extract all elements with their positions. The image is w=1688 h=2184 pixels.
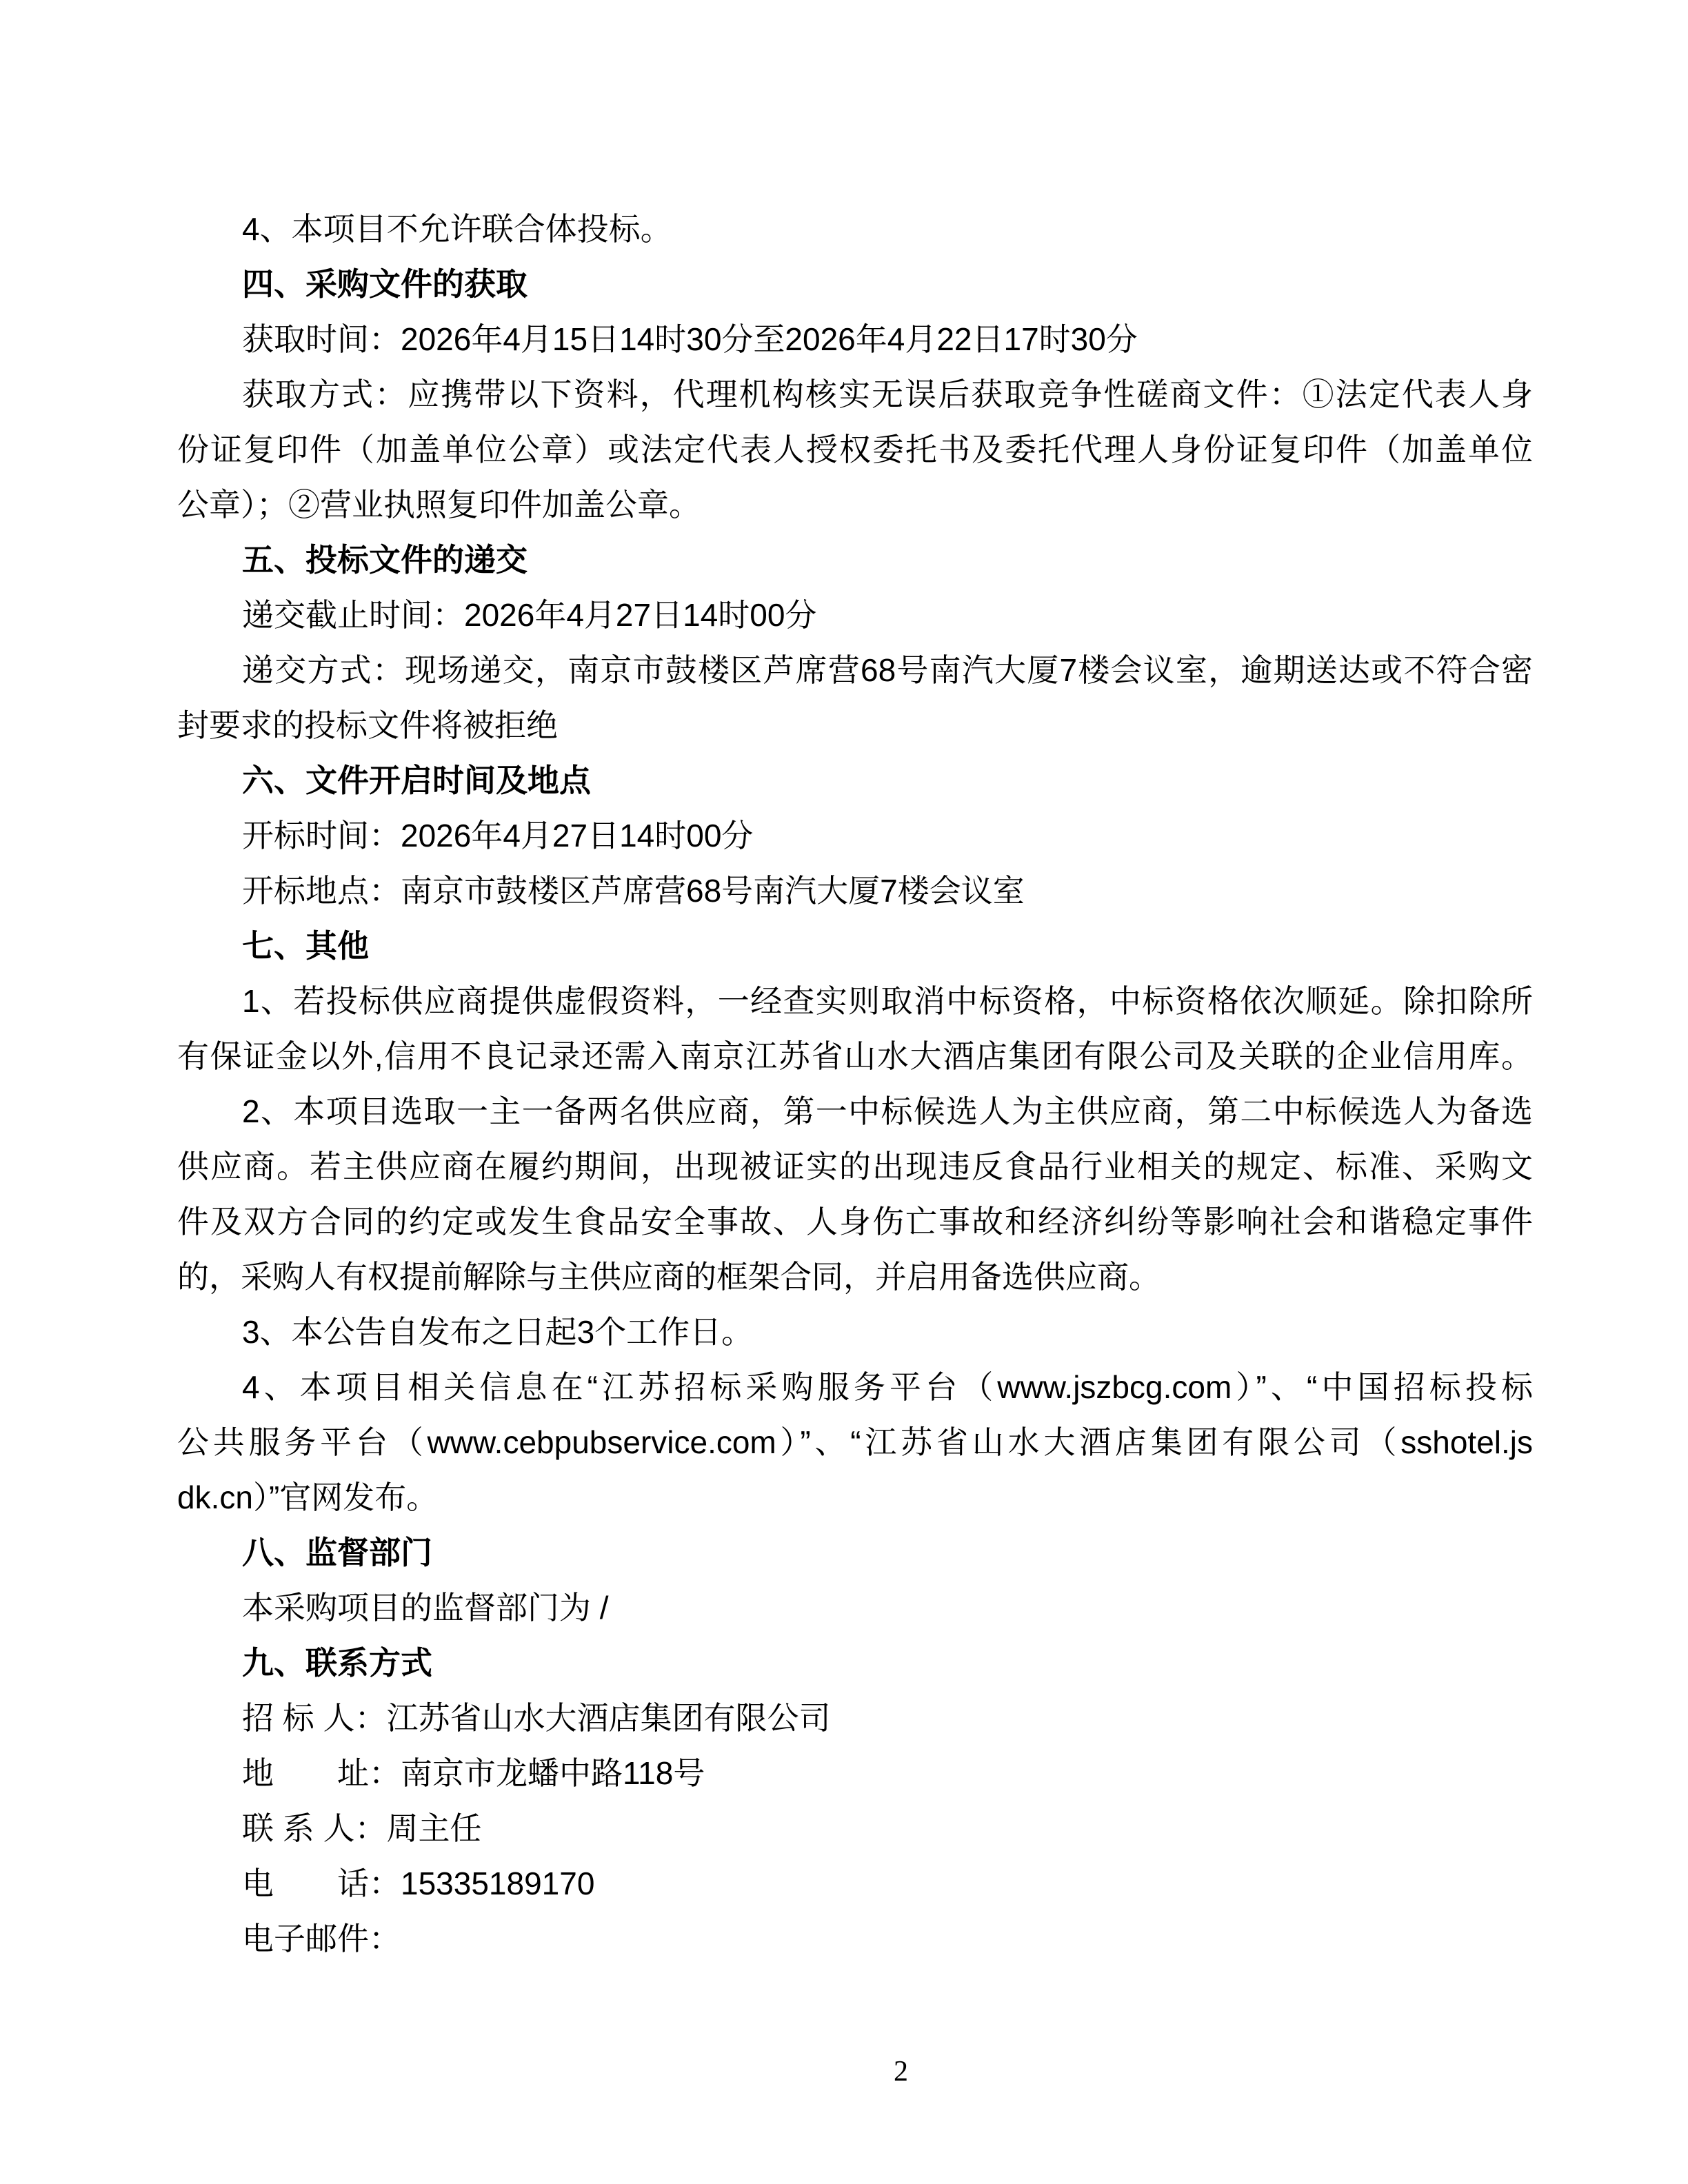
- line-email: 电子邮件：: [177, 1911, 1533, 1966]
- line-submission-method-2: 封要求的投标文件将被拒绝: [177, 698, 1533, 753]
- line-contact-person: 联 系 人：周主任: [177, 1801, 1533, 1856]
- line-other-2-b: 供应商。若主供应商在履约期间，出现被证实的出现违反食品行业相关的规定、标准、采购…: [177, 1139, 1533, 1194]
- line-other-1-b: 有保证金以外,信用不良记录还需入南京江苏省山水大酒店集团有限公司及关联的企业信用…: [177, 1029, 1533, 1084]
- line-acquisition-method-2: 份证复印件（加盖单位公章）或法定代表人授权委托书及委托代理人身份证复印件（加盖单…: [177, 422, 1533, 477]
- document-body: 4、本项目不允许联合体投标。 四、采购文件的获取 获取时间：2026年4月15日…: [177, 201, 1533, 1966]
- heading-other: 七、其他: [177, 918, 1533, 973]
- line-opening-time: 开标时间：2026年4月27日14时00分: [177, 808, 1533, 863]
- line-other-4-a: 4、本项目相关信息在“江苏招标采购服务平台（www.jszbcg.com）”、“…: [177, 1359, 1533, 1415]
- line-other-2-d: 的，采购人有权提前解除与主供应商的框架合同，并启用备选供应商。: [177, 1249, 1533, 1304]
- line-other-2-a: 2、本项目选取一主一备两名供应商，第一中标候选人为主供应商，第二中标候选人为备选: [177, 1084, 1533, 1139]
- line-opening-location: 开标地点：南京市鼓楼区芦席营68号南汽大厦7楼会议室: [177, 863, 1533, 918]
- heading-doc-acquisition: 四、采购文件的获取: [177, 256, 1533, 312]
- line-other-1-a: 1、若投标供应商提供虚假资料，一经查实则取消中标资格，中标资格依次顺延。除扣除所: [177, 973, 1533, 1029]
- line-address: 地 址：南京市龙蟠中路118号: [177, 1746, 1533, 1801]
- line-tenderer: 招 标 人：江苏省山水大酒店集团有限公司: [177, 1690, 1533, 1746]
- line-supervision-dept: 本采购项目的监督部门为 /: [177, 1580, 1533, 1635]
- line-submission-method-1: 递交方式：现场递交，南京市鼓楼区芦席营68号南汽大厦7楼会议室，逾期送达或不符合…: [177, 643, 1533, 698]
- line-other-4-b: 公共服务平台（www.cebpubservice.com）”、“江苏省山水大酒店…: [177, 1415, 1533, 1470]
- line-no-consortium: 4、本项目不允许联合体投标。: [177, 201, 1533, 256]
- page-number: 2: [894, 2054, 908, 2089]
- heading-bid-opening: 六、文件开启时间及地点: [177, 753, 1533, 808]
- heading-contact: 九、联系方式: [177, 1635, 1533, 1690]
- heading-supervision: 八、监督部门: [177, 1525, 1533, 1580]
- line-other-2-c: 件及双方合同的约定或发生食品安全事故、人身伤亡事故和经济纠纷等影响社会和谐稳定事…: [177, 1194, 1533, 1249]
- line-phone: 电 话：15335189170: [177, 1856, 1533, 1911]
- document-page: 4、本项目不允许联合体投标。 四、采购文件的获取 获取时间：2026年4月15日…: [0, 0, 1688, 2184]
- line-acquisition-method-3: 公章）；②营业执照复印件加盖公章。: [177, 477, 1533, 532]
- line-other-4-c: dk.cn）”官网发布。: [177, 1470, 1533, 1525]
- line-acquisition-time: 获取时间：2026年4月15日14时30分至2026年4月22日17时30分: [177, 312, 1533, 367]
- line-acquisition-method-1: 获取方式：应携带以下资料，代理机构核实无误后获取竞争性磋商文件：①法定代表人身: [177, 367, 1533, 422]
- line-other-3: 3、本公告自发布之日起3个工作日。: [177, 1304, 1533, 1359]
- heading-bid-submission: 五、投标文件的递交: [177, 532, 1533, 587]
- line-submission-deadline: 递交截止时间：2026年4月27日14时00分: [177, 587, 1533, 643]
